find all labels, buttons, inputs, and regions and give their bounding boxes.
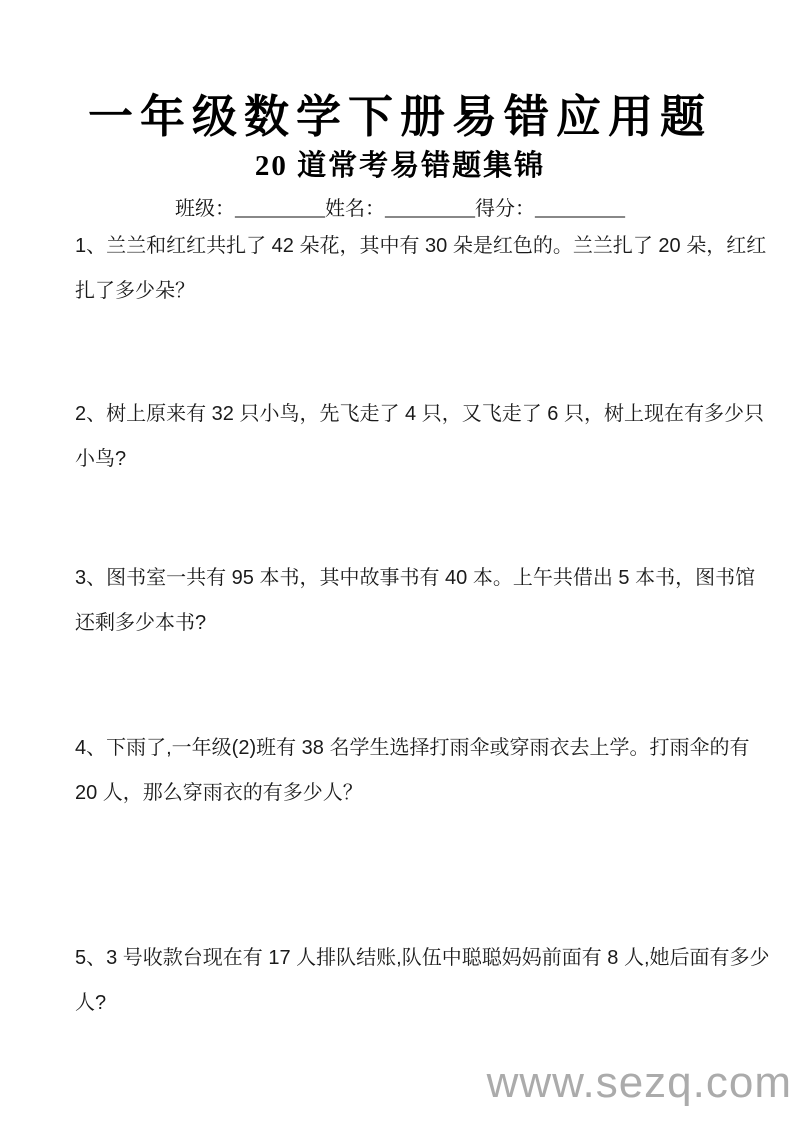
question-5: 5、3 号收款台现在有 17 人排队结账,队伍中聪聪妈妈前面有 8 人,她后面有…: [75, 936, 755, 1026]
page-title: 一年级数学下册易错应用题: [0, 80, 800, 145]
question-1: 1、兰兰和红红共扎了 42 朵花，其中有 30 朵是红色的。兰兰扎了 20 朵，…: [75, 224, 755, 314]
name-blank-field: _________: [385, 198, 475, 220]
name-label: 姓名：: [325, 198, 385, 220]
worksheet-page: 一年级数学下册易错应用题 20 道常考易错题集锦 班级：_________姓名：…: [0, 0, 800, 1131]
question-2-line-1: 2、树上原来有 32 只小鸟，先飞走了 4 只，又飞走了 6 只，树上现在有多少…: [75, 392, 755, 437]
question-3-line-1: 3、图书室一共有 95 本书，其中故事书有 40 本。上午共借出 5 本书，图书…: [75, 556, 755, 601]
question-5-line-2: 人?: [75, 981, 755, 1026]
score-label: 得分：: [475, 198, 535, 220]
question-2-line-2: 小鸟?: [75, 437, 755, 482]
question-4: 4、下雨了,一年级(2)班有 38 名学生选择打雨伞或穿雨衣去上学。打雨伞的有 …: [75, 726, 755, 816]
student-info-line: 班级：_________姓名：_________得分：_________: [0, 192, 800, 221]
question-3: 3、图书室一共有 95 本书，其中故事书有 40 本。上午共借出 5 本书，图书…: [75, 556, 755, 646]
page-subtitle: 20 道常考易错题集锦: [0, 143, 800, 184]
question-4-line-2: 20 人，那么穿雨衣的有多少人？: [75, 771, 755, 816]
question-5-line-1: 5、3 号收款台现在有 17 人排队结账,队伍中聪聪妈妈前面有 8 人,她后面有…: [75, 936, 755, 981]
score-blank-field: _________: [535, 198, 625, 220]
question-1-line-2: 扎了多少朵？: [75, 269, 755, 314]
question-3-line-2: 还剩多少本书?: [75, 601, 755, 646]
class-label: 班级：: [175, 198, 235, 220]
question-1-line-1: 1、兰兰和红红共扎了 42 朵花，其中有 30 朵是红色的。兰兰扎了 20 朵，…: [75, 224, 755, 269]
question-4-line-1: 4、下雨了,一年级(2)班有 38 名学生选择打雨伞或穿雨衣去上学。打雨伞的有: [75, 726, 755, 771]
question-2: 2、树上原来有 32 只小鸟，先飞走了 4 只，又飞走了 6 只，树上现在有多少…: [75, 392, 755, 482]
class-blank-field: _________: [235, 198, 325, 220]
watermark: www.sezq.com: [487, 1058, 792, 1108]
